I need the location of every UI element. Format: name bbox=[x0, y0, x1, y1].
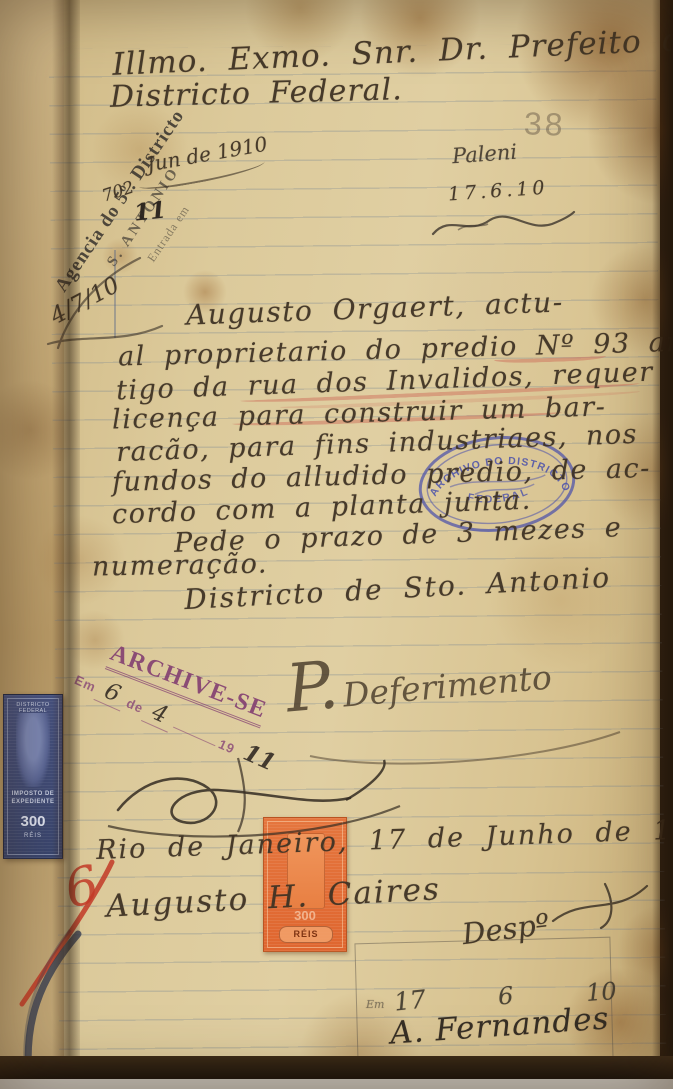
blue-revenue-stamp: DISTRICTO FEDERAL IMPOSTO DE EXPEDIENTE … bbox=[3, 694, 63, 859]
date-box-day: 17 bbox=[393, 984, 428, 1016]
photo-bottom-edge bbox=[0, 1079, 673, 1089]
signature-tail-flourish bbox=[545, 876, 655, 931]
page-right-edge-shadow bbox=[652, 0, 673, 1062]
agency-entry-day: 11 bbox=[133, 196, 168, 226]
receipt-rubric-flourish bbox=[428, 202, 578, 247]
red-crayon-numeral: 6 bbox=[59, 854, 106, 920]
orange-stamp-unit: RÉIS bbox=[279, 926, 333, 943]
folio-number-stamp: 38 bbox=[523, 105, 566, 143]
table-surface bbox=[0, 1056, 673, 1079]
blue-stamp-allegory-figure bbox=[16, 713, 50, 787]
blue-stamp-label-2: EXPEDIENTE bbox=[4, 799, 62, 805]
date-box-em: Em bbox=[366, 998, 384, 1011]
receipt-note-word: Paleni bbox=[451, 140, 518, 168]
blue-stamp-unit: RÉIS bbox=[4, 833, 62, 839]
blue-stamp-label-1: IMPOSTO DE bbox=[4, 791, 62, 797]
petition-line: numeração. bbox=[92, 548, 268, 582]
archive-date-de: de bbox=[124, 695, 146, 716]
archive-date-em: Em bbox=[72, 672, 98, 695]
blue-stamp-value: 300 bbox=[4, 813, 62, 830]
document-photo: Illmo. Exmo. Snr. Dr. Prefeito do Distri… bbox=[0, 0, 673, 1089]
